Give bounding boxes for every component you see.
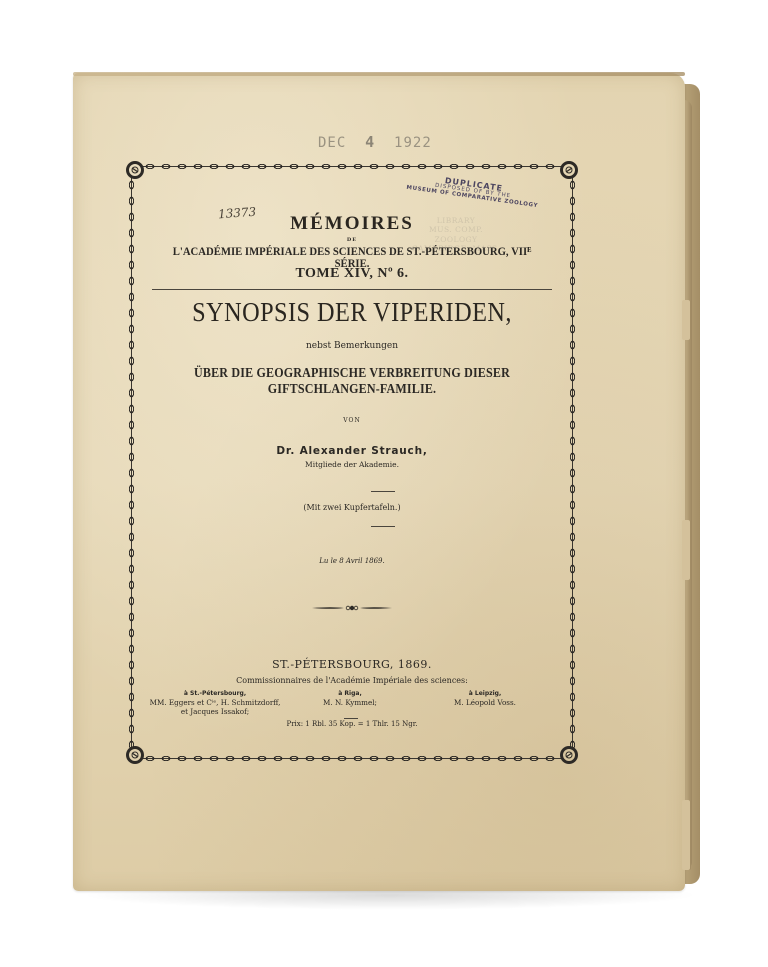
commissionaire-place: à Leipzig,: [410, 690, 560, 698]
short-rule: [371, 526, 395, 527]
border-bottom: [142, 755, 562, 762]
read-date: Lu le 8 Avril 1869.: [140, 557, 564, 565]
commissionaire-line: MM. Eggers et Cⁱᵉ, H. Schmitzdorff,: [140, 698, 290, 707]
fleuron-ornament-icon: [312, 605, 392, 611]
border-top: [142, 163, 562, 170]
torn-edge-fragment: [682, 520, 690, 580]
volume-number: TOME XIV, Nº 6.: [140, 266, 564, 282]
torn-edge-fragment: [682, 800, 690, 870]
series-title: MÉMOIRES: [140, 213, 564, 235]
date-stamp-month: DEC: [318, 135, 346, 151]
commissionaire-place: à Riga,: [300, 690, 400, 698]
work-subtitle: ÜBER DIE GEOGRAPHISCHE VERBREITUNG DIESE…: [170, 366, 535, 398]
author-von: VON: [140, 417, 564, 424]
commissionaire-line: M. N. Kymmel;: [300, 698, 400, 707]
subtitle-connector: nebst Bemerkungen: [140, 341, 564, 351]
imprint-city-year: ST.-PÉTERSBOURG, 1869.: [140, 658, 564, 671]
commissionaire-place: à St.-Pétersbourg,: [140, 690, 290, 698]
paper-top-edge: [73, 72, 685, 76]
author-affiliation: Mitgliede der Akademie.: [140, 460, 564, 469]
border-right: [569, 177, 576, 748]
date-stamp-day: 4: [365, 133, 375, 151]
torn-edge-fragment: [682, 300, 690, 340]
price-rule: [344, 718, 358, 719]
price: Prix: 1 Rbl. 35 Kop. = 1 Thlr. 15 Ngr.: [140, 720, 564, 728]
work-title: SYNOPSIS DER VIPERIDEN,: [161, 297, 543, 328]
commissionaire-line: M. Léopold Voss.: [410, 698, 560, 707]
commissionaire-riga: à Riga, M. N. Kymmel;: [300, 690, 400, 707]
plates-note: (Mit zwei Kupfertafeln.): [140, 503, 564, 512]
commissionaire-st-petersbourg: à St.-Pétersbourg, MM. Eggers et Cⁱᵉ, H.…: [140, 690, 290, 717]
author-name: Dr. Alexander Strauch,: [140, 445, 564, 457]
title-page-content: MÉMOIRES DE L'ACADÉMIE IMPÉRIALE DES SCI…: [140, 175, 564, 750]
commissionaire-line: et Jacques Issakof;: [140, 707, 290, 716]
commissionaire-leipzig: à Leipzig, M. Léopold Voss.: [410, 690, 560, 707]
border-left: [128, 177, 135, 748]
imprint-commissionaires: Commissionnaires de l'Académie Impériale…: [140, 676, 564, 685]
short-rule: [371, 491, 395, 492]
title-rule: [152, 289, 552, 290]
date-stamp: DEC 4 1922: [318, 133, 432, 151]
series-de: DE: [140, 237, 564, 243]
date-stamp-year: 1922: [394, 135, 432, 151]
